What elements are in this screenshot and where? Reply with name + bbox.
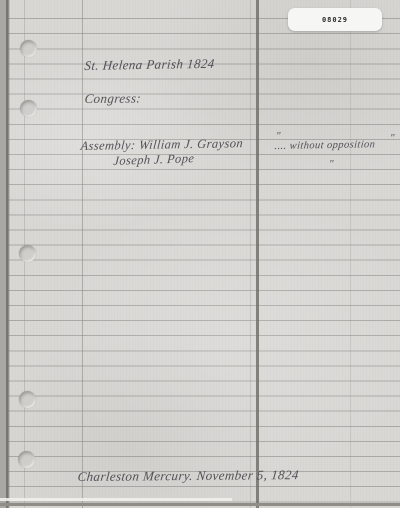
heading-text: St. Helena Parish 1824 [84,57,215,72]
section-label: Congress: [84,91,142,105]
ditto-mark: " [329,159,334,170]
vertical-divider-line [256,0,259,508]
source-citation: Charleston Mercury. November 5, 1824 [77,468,299,483]
right-paper-crease [350,0,351,508]
left-margin-line [82,0,83,508]
scan-left-edge [0,0,10,508]
paper-texture [0,0,400,508]
assembly-entry-line2: Joseph J. Pope [113,152,195,167]
quote-text: .... without opposition [274,140,376,152]
punch-hole [19,391,36,408]
quote-close-mark: " [390,133,395,144]
page-bottom-edge [0,503,400,506]
punch-hole [20,100,37,117]
punch-hole [19,245,36,262]
punch-hole [20,40,37,57]
archive-barcode-label: 08029 [288,8,382,31]
scanned-notebook-page: 08029 St. Helena Parish 1824 Congress: A… [0,0,400,508]
punch-hole [18,451,35,468]
divider-shadow-line [250,0,251,508]
page-bottom-highlight [0,498,232,501]
archive-label-number: 08029 [322,16,348,24]
assembly-entry-line1: Assembly: William J. Grayson [80,137,244,152]
